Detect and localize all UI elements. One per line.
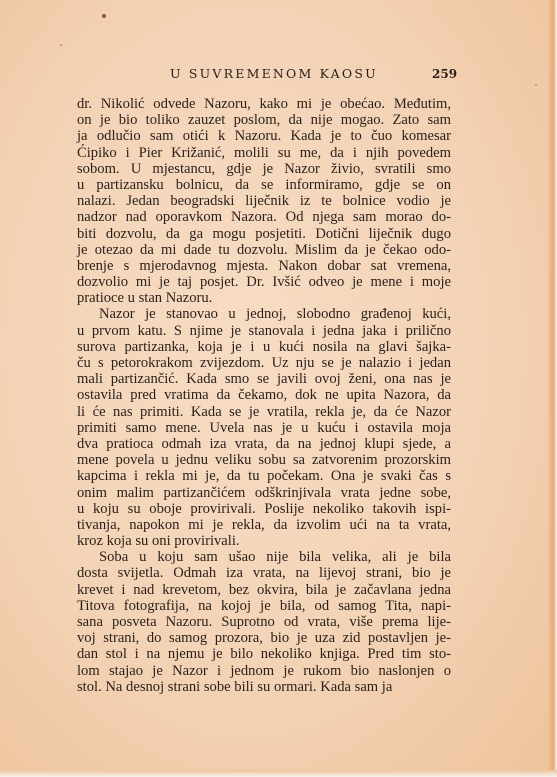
text-line: dva pratioca odmah iza vrata, da na jedn… — [77, 436, 451, 452]
text-line: onim malim partizančićem odškrinjivala v… — [77, 485, 451, 501]
text-line: li će nas primiti. Kada se je vratila, r… — [77, 404, 451, 420]
paper-speck — [535, 84, 537, 86]
text-line: u partizansku bolnicu, da se informiramo… — [77, 177, 451, 193]
text-line: dozvolio mi je taj posjet. Dr. Ivšić odv… — [77, 274, 451, 290]
body-text: dr. Nikolić odvede Nazoru, kako mi je ob… — [77, 96, 451, 695]
text-line: ču s petorokrakom zvijezdom. Uz nju se j… — [77, 355, 451, 371]
text-line: je otezao da mi dade tu dozvolu. Mislim … — [77, 242, 451, 258]
text-line: biti dozvolu, da ga mogu posjetiti. Doti… — [77, 226, 451, 242]
text-line: dosta svijetla. Odmah iza vrata, na lije… — [77, 565, 451, 581]
paragraph: Nazor je stanovao u jednoj, slobodno gra… — [77, 306, 451, 549]
text-line: voj strani, do samog prozora, bio je uza… — [77, 630, 451, 646]
page-number: 259 — [432, 67, 457, 81]
page-bottom-edge — [0, 770, 557, 777]
text-line: dan stol i na njemu je bilo nekoliko knj… — [77, 646, 451, 662]
text-line: brenje s mjerodavnog mjesta. Nakon dobar… — [77, 258, 451, 274]
book-page: U SUVREMENOM KAOSU 259 dr. Nikolić odved… — [0, 0, 548, 770]
text-line: sobom. U mjestancu, gdje je Nazor živio,… — [77, 161, 451, 177]
text-line: ostavila pred vratima da čekamo, dok ne … — [77, 387, 451, 403]
text-line: stol. Na desnoj strani sobe bili su orma… — [77, 679, 451, 695]
text-line: u prvom katu. S njime je stanovala i jed… — [77, 323, 451, 339]
page-edge — [548, 0, 557, 777]
text-line: mali partizančić. Kada smo se javili ovo… — [77, 371, 451, 387]
text-line: krevet i nad krevetom, bez okvira, bila … — [77, 582, 451, 598]
text-line: kapcima i rekla mi je, da tu počekam. On… — [77, 468, 451, 484]
text-line: Nazor je stanovao u jednoj, slobodno gra… — [77, 306, 451, 322]
paragraph: Soba u koju sam ušao nije bila velika, a… — [77, 549, 451, 695]
paragraph: dr. Nikolić odvede Nazoru, kako mi je ob… — [77, 96, 451, 306]
text-line: mene povela u jednu veliku sobu sa zatvo… — [77, 452, 451, 468]
text-line: ja odlučio sam otići k Nazoru. Kada je t… — [77, 128, 451, 144]
text-line: tivanja, napokon mi je rekla, da izvolim… — [77, 517, 451, 533]
text-line: u koju su oboje provirivali. Poslije nek… — [77, 501, 451, 517]
text-line: kroz koja su oni provirivali. — [77, 533, 451, 549]
text-line: surova partizanka, koja je i u kući nosi… — [77, 339, 451, 355]
text-line: Titova fotografija, na kojoj je bila, od… — [77, 598, 451, 614]
text-line: pratioce u stan Nazoru. — [77, 290, 451, 306]
text-line: dr. Nikolić odvede Nazoru, kako mi je ob… — [77, 96, 451, 112]
text-line: nalazi. Jedan beogradski liječnik iz te … — [77, 193, 451, 209]
text-line: Ćipiko i Pier Križanić, molili su me, da… — [77, 145, 451, 161]
text-line: lom stajao je Nazor i jednom je rukom bi… — [77, 663, 451, 679]
running-title: U SUVREMENOM KAOSU — [170, 66, 378, 81]
text-line: sana posveta Nazoru. Suprotno od vrata, … — [77, 614, 451, 630]
paper-speck — [102, 14, 106, 18]
text-line: primiti samo mene. Uvela nas je u kuću i… — [77, 420, 451, 436]
text-line: nadzor nad oporavkom Nazora. Od njega sa… — [77, 209, 451, 225]
text-line: on je bio toliko zauzet poslom, da nije … — [77, 112, 451, 128]
text-line: Soba u koju sam ušao nije bila velika, a… — [77, 549, 451, 565]
paper-speck — [60, 44, 62, 46]
